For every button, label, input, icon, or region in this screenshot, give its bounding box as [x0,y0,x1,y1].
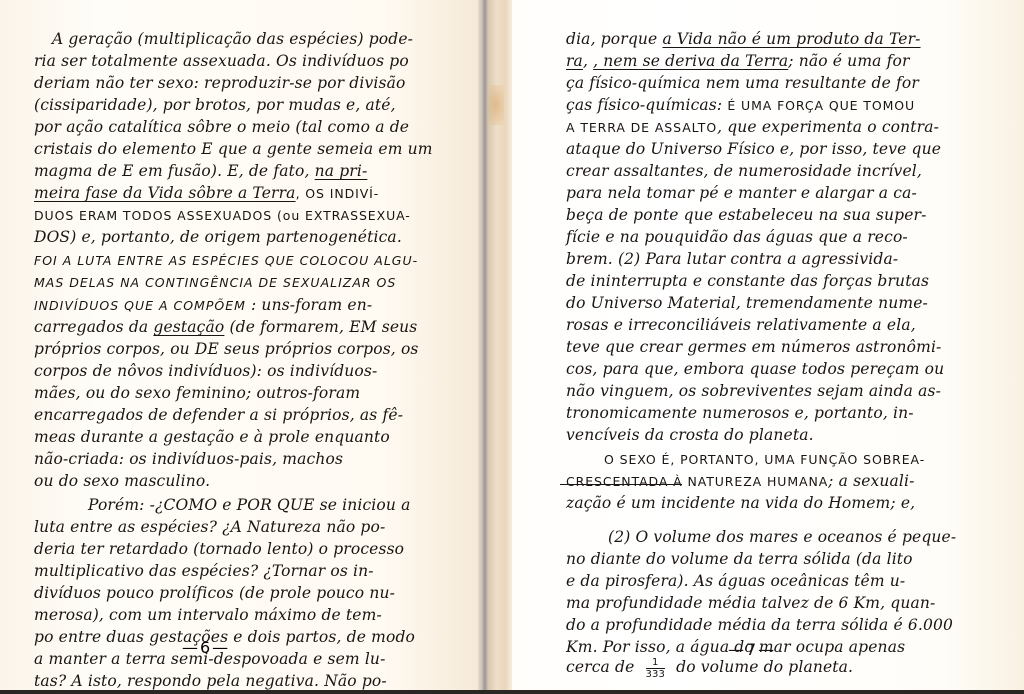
fraction-numerator: 1 [646,657,666,669]
page-number-left: —6— [182,638,230,657]
text-line: para nela tomar pé e manter e alargar a … [566,182,917,204]
text-segment: , que experimenta o contra- [717,118,939,136]
book-spread: A geração (multiplicação das espécies) p… [0,0,1024,690]
fraction: 1 333 [646,657,666,680]
text-line: fície e na pouquidão das águas que a rec… [566,226,908,248]
text-line: MAS DELAS NA CONTINGÊNCIA DE SEXUALIZAR … [34,272,396,294]
text-line: cristais do elemento E que a gente semei… [34,138,433,160]
text-line: vencíveis da crosta do planeta. [566,424,814,446]
text-line: CRESCENTADA À NATUREZA HUMANA; a sexuali… [566,470,915,493]
text-line: ra, , nem se deriva da Terra; não é uma … [566,50,910,72]
text-segment: carregados da [34,318,148,336]
footnote-line: no diante do volume da terra sólida (da … [566,548,913,570]
text-line: meira fase da Vida sôbre a Terra, OS IND… [34,182,379,205]
text-line: ataque do Universo Físico e, por isso, t… [566,138,941,160]
text-segment: do volume do planeta. [676,658,853,676]
text-segment: ças físico-químicas: [566,96,722,114]
text-line: encarregados de defender a si próprios, … [34,404,403,426]
underlined-text: ra [566,52,583,70]
text-segment: dia, porque [566,30,657,48]
footnote-line: cerca de 1 333 do volume do planeta. [566,656,853,680]
text-line: merosa), com um intervalo máximo de tem- [34,604,382,626]
text-segment: , [583,52,593,70]
text-line: magma de E em fusão). E, de fato, na pri… [34,160,367,182]
text-line: O SEXO É, PORTANTO, UMA FUNÇÃO SOBREA- [604,449,925,471]
text-segment: cerca de [566,658,634,676]
underlined-text: a Vida não é um produto da Ter- [662,30,920,48]
text-line: corpos de nôvos indivíduos): os indivídu… [34,360,377,382]
text-line: ria ser totalmente assexuada. Os indivíd… [34,50,409,72]
right-page: dia, porque a Vida não é um produto da T… [512,0,1024,690]
text-segment: , OS INDIVÍ- [296,186,380,201]
text-line: brem. (2) Para lutar contra a agressivid… [566,248,898,270]
text-line: dia, porque a Vida não é um produto da T… [566,28,921,50]
text-line: próprios corpos, ou DE seus próprios cor… [34,338,419,360]
text-line: A geração (multiplicação das espécies) p… [52,28,413,50]
text-line: beça de ponte que estabeleceu na sua sup… [566,204,927,226]
text-segment: É UMA FORÇA QUE TOMOU [727,98,915,113]
footnote-divider [560,484,682,485]
page-number-right: —7— [728,640,776,659]
text-segment: ; a sexuali- [828,472,914,490]
text-line: mães, ou do sexo feminino; outros-foram [34,382,360,404]
footnote-line: ma profundidade média talvez de 6 Km, qu… [566,592,935,614]
underlined-text: meira fase da Vida sôbre a Terra [34,184,296,202]
text-line: não vinguem, os sobreviventes sejam aind… [566,380,941,402]
text-line: de ininterrupta e constante das forças b… [566,270,929,292]
text-line: multiplicativo das espécies? ¿Tornar os … [34,560,374,582]
footnote-line: e da pirosfera). As águas oceânicas têm … [566,570,905,592]
text-segment: A TERRA DE ASSALTO [566,120,717,135]
footnote-line: do a profundidade média da terra sólida … [566,614,953,636]
text-line: divíduos pouco prolíficos (de prole pouc… [34,582,395,604]
text-line: rosas e irreconciliáveis relativamente a… [566,314,916,336]
text-line: ças físico-químicas: É UMA FORÇA QUE TOM… [566,94,915,117]
text-line: deriam não ter sexo: reproduzir-se por d… [34,72,405,94]
text-segment: INDIVÍDUOS QUE A COMPÕEM [34,298,246,313]
text-line: A TERRA DE ASSALTO, que experimenta o co… [566,116,939,139]
text-line: cos, para que, embora quase todos pereça… [566,358,944,380]
text-line: tas? A isto, respondo pela negativa. Não… [34,670,387,692]
text-line: tronomicamente numerosos e, portanto, in… [566,402,914,424]
bottom-edge [0,690,1024,694]
text-segment: : uns-foram en- [251,296,372,314]
text-line: (cissiparidade), por brotos, por mudas e… [34,94,396,116]
text-line: crear assaltantes, de numerosidade incrí… [566,160,922,182]
text-line: ça físico-química nem uma resultante de … [566,72,919,94]
paper-stain [488,85,504,125]
text-line: do Universo Material, tremendamente nume… [566,292,928,314]
text-line: meas durante a gestação e à prole enquan… [34,426,390,448]
text-line: zação é um incidente na vida do Homem; e… [566,492,915,514]
text-segment: ; não é uma for [788,52,909,70]
underlined-text: gestação [153,318,224,336]
text-line: por ação catalítica sôbre o meio (tal co… [34,116,409,138]
book-gutter [478,0,512,690]
text-line: DUOS ERAM TODOS ASSEXUADOS (ou EXTRASSEX… [34,205,411,227]
text-segment: (de formarem, EM seus [229,318,417,336]
underlined-text: , nem se deriva da Terra [593,52,788,70]
text-line: carregados da gestação (de formarem, EM … [34,316,417,338]
text-line: deria ter retardado (tornado lento) o pr… [34,538,404,560]
text-line: FOI A LUTA ENTRE AS ESPÉCIES QUE COLOCOU… [34,250,418,272]
footnote-line: (2) O volume dos mares e oceanos é peque… [608,526,956,548]
underlined-text: na pri- [315,162,368,180]
fraction-denominator: 333 [646,669,666,680]
text-line: INDIVÍDUOS QUE A COMPÕEM : uns-foram en- [34,294,372,317]
text-line: luta entre as espécies? ¿A Natureza não … [34,516,385,538]
text-line: teve que crear germes em números astronô… [566,336,941,358]
text-line: Porém: -¿COMO e POR QUE se iniciou a [88,494,411,516]
left-page: A geração (multiplicação das espécies) p… [0,0,478,690]
text-segment: magma de E em fusão). E, de fato, [34,162,310,180]
text-line: não-criada: os indivíduos-pais, machos [34,448,343,470]
text-segment: CRESCENTADA À NATUREZA HUMANA [566,474,828,489]
text-line: ou do sexo masculino. [34,470,210,492]
text-line: DOS) e, portanto, de origem partenogenét… [34,226,402,248]
